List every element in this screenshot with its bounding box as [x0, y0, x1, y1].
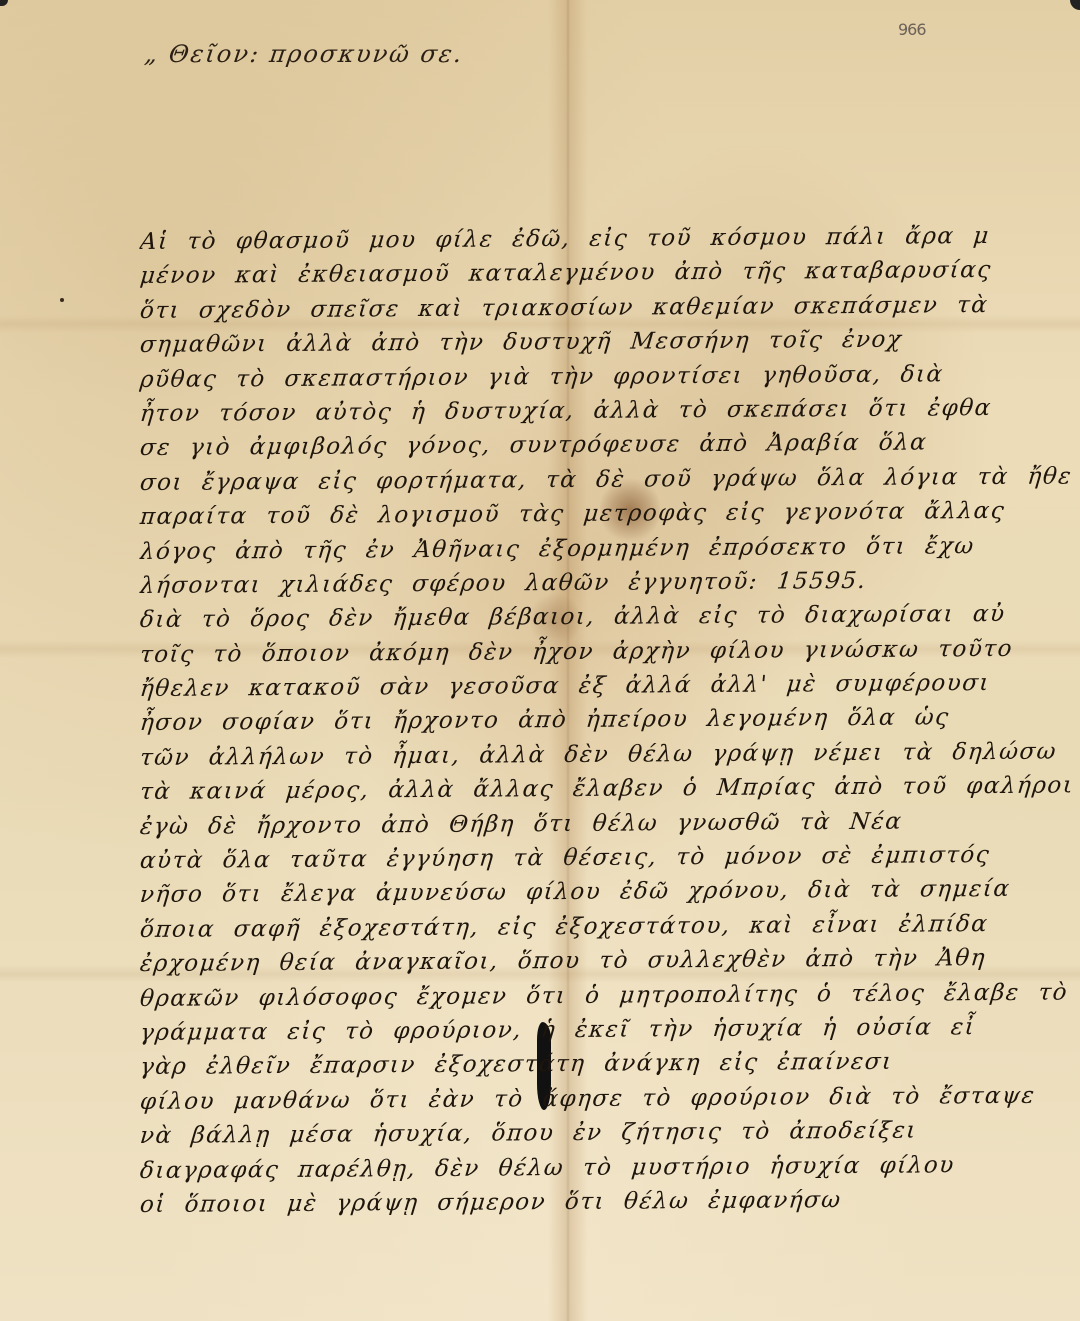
manuscript-page: 966 „ Θεῖον: προσκυνῶ σε. Αἱ τὸ φθασμοῦ … — [0, 0, 1080, 1321]
text-line: νὰ βάλλῃ μέσα ἡσυχία, ὅπου ἐν ζήτησις τὸ… — [138, 1113, 1072, 1154]
letter-header: „ Θεῖον: προσκυνῶ σε. — [143, 40, 465, 68]
folio-number: 966 — [898, 20, 926, 39]
margin-dot — [60, 298, 64, 302]
text-line: οἱ ὅποιοι μὲ γράψῃ σήμερον ὅτι θέλω ἐμφα… — [138, 1181, 1072, 1222]
letter-body: Αἱ τὸ φθασμοῦ μου φίλε ἐδῶ, εἰς τοῦ κόσμ… — [140, 225, 1070, 1222]
corner-shadow — [0, 0, 8, 6]
text-line: παραίτα τοῦ δὲ λογισμοῦ τὰς μετροφὰς εἰς… — [138, 494, 1072, 535]
text-line: ἐρχομένη θεία ἀναγκαῖοι, ὅπου τὸ συλλεχθ… — [138, 941, 1072, 982]
corner-shadow — [1070, 0, 1080, 10]
text-line: σημαθῶνι ἀλλὰ ἀπὸ τὴν δυστυχῆ Μεσσήνη το… — [138, 322, 1072, 363]
